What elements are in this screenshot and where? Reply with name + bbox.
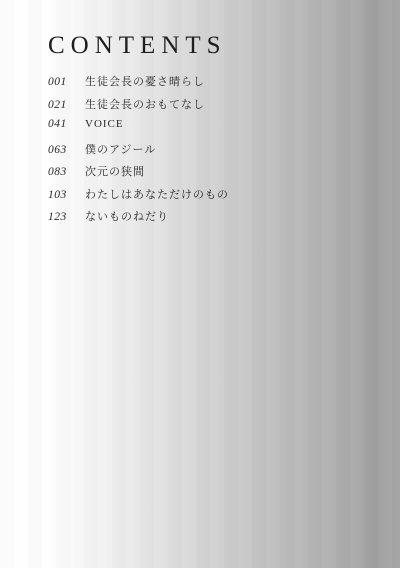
toc-entry-title: ないものねだり	[85, 208, 169, 224]
contents-page: CONTENTS 001 生徒会長の憂さ晴らし 021 生徒会長のおもてなし 0…	[0, 0, 400, 568]
toc-entry: 123 ないものねだり	[48, 208, 229, 220]
toc-entry-page-number: 063	[48, 144, 72, 156]
page-title: CONTENTS	[48, 33, 229, 59]
toc-entry-page-number: 041	[48, 118, 72, 130]
toc-entry: 063 僕のアジール	[48, 141, 229, 153]
toc-entry-title: 生徒会長の憂さ晴らし	[85, 73, 205, 89]
toc-entry-page-number: 103	[48, 189, 72, 201]
toc-entry-page-number: 001	[48, 76, 72, 88]
toc-entry-page-number: 083	[48, 166, 72, 178]
toc-entry: 001 生徒会長の憂さ晴らし	[48, 73, 229, 85]
toc-entry: 103 わたしはあなただけのもの	[48, 186, 229, 198]
toc-entry-title: 僕のアジール	[85, 141, 156, 157]
table-of-contents: 001 生徒会長の憂さ晴らし 021 生徒会長のおもてなし 041 VOICE …	[48, 73, 229, 220]
toc-entry: 021 生徒会長のおもてなし	[48, 96, 229, 108]
toc-entry-page-number: 123	[48, 211, 72, 223]
toc-entry-title: VOICE	[85, 118, 124, 130]
toc-entry: 041 VOICE	[48, 118, 229, 130]
toc-entry-title: 次元の狭間	[85, 163, 145, 179]
toc-entry-page-number: 021	[48, 99, 72, 111]
toc-entry-title: わたしはあなただけのもの	[85, 186, 229, 202]
toc-entry: 083 次元の狭間	[48, 163, 229, 175]
contents-block: CONTENTS 001 生徒会長の憂さ晴らし 021 生徒会長のおもてなし 0…	[48, 33, 229, 231]
toc-entry-title: 生徒会長のおもてなし	[85, 96, 205, 112]
